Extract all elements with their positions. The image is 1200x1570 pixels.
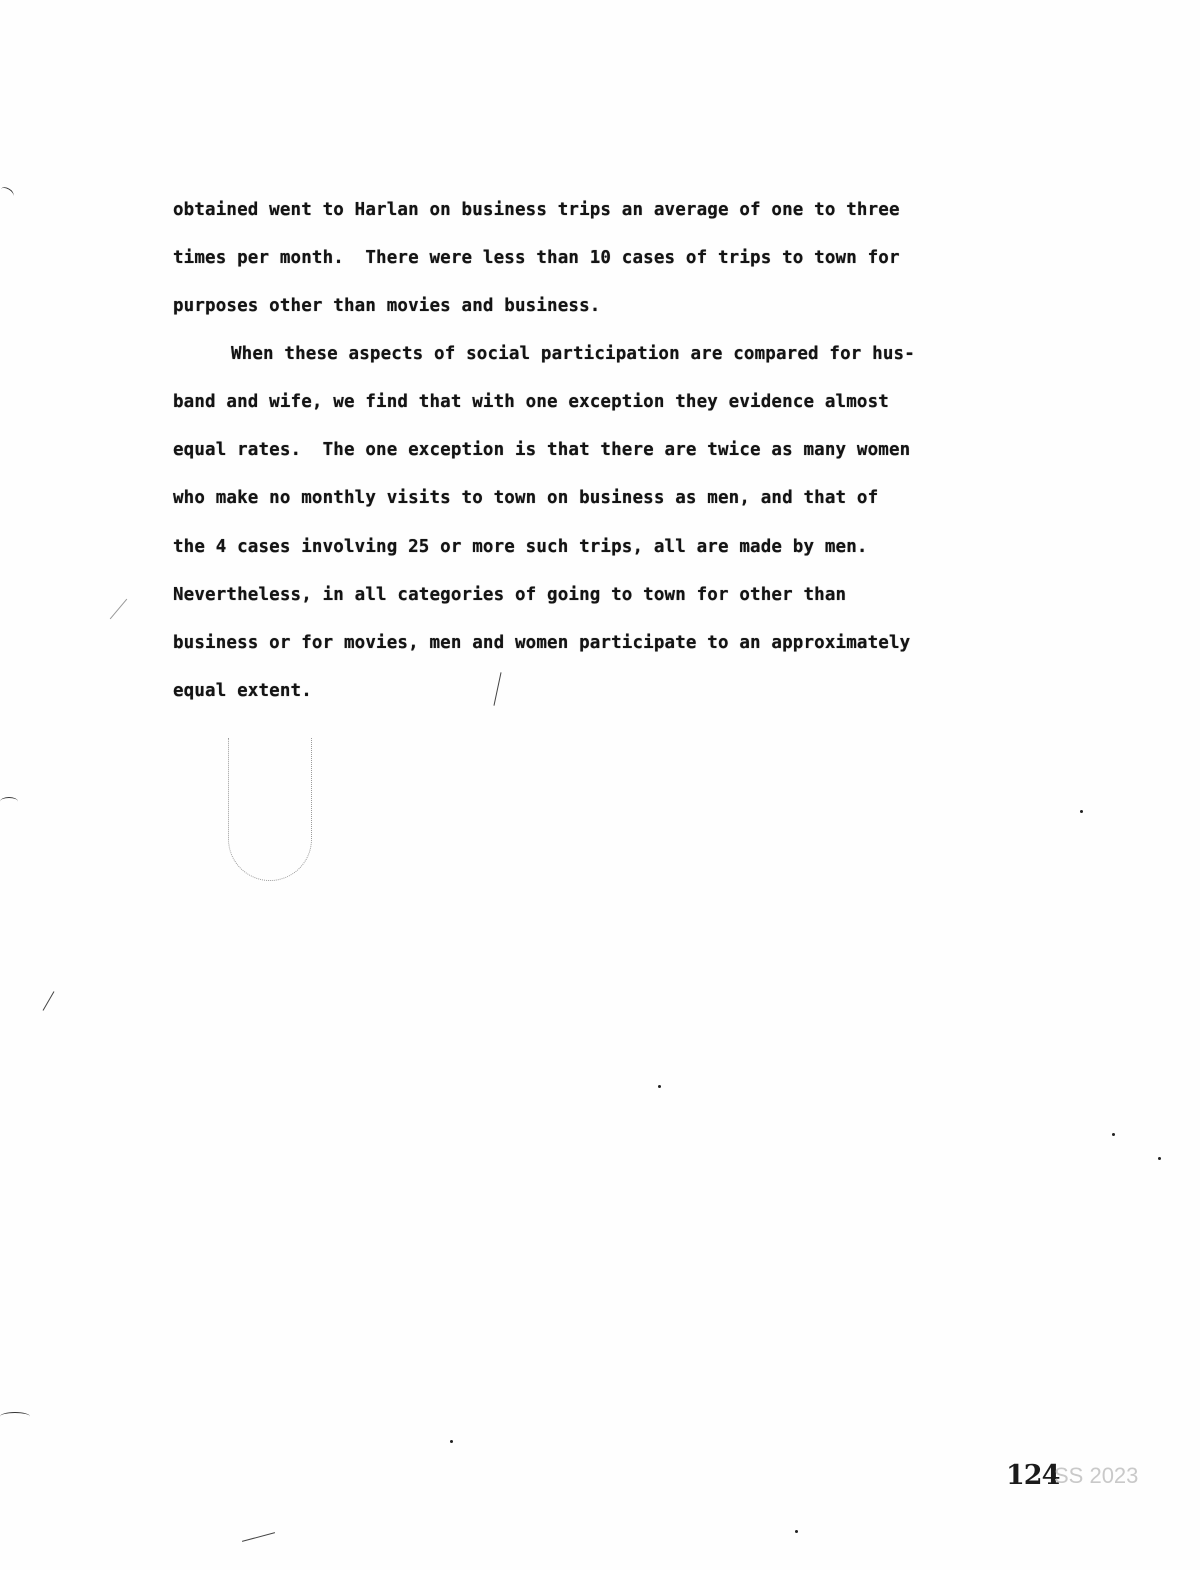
document-page: obtained went to Harlan on business trip… [0, 0, 1200, 1570]
speck [450, 1440, 453, 1443]
speck [1112, 1133, 1115, 1136]
binding-hole-mark [0, 1412, 30, 1421]
pencil-stroke [242, 1532, 275, 1542]
text-line: obtained went to Harlan on business trip… [173, 198, 900, 222]
text-line: equal rates. The one exception is that t… [173, 438, 910, 462]
pencil-stroke [493, 672, 501, 705]
text-line: purposes other than movies and business. [173, 294, 600, 318]
pencil-stroke [43, 991, 55, 1011]
text-line: Nevertheless, in all categories of going… [173, 583, 846, 607]
speck [795, 1530, 798, 1533]
page-number: 124 [1006, 1460, 1059, 1491]
text-line: who make no monthly visits to town on bu… [173, 486, 878, 510]
text-line: times per month. There were less than 10… [173, 246, 900, 270]
speck [1158, 1157, 1161, 1160]
text-line: When these aspects of social participati… [231, 342, 915, 366]
speck [658, 1085, 661, 1088]
paperclip-mark [228, 738, 312, 881]
text-line: the 4 cases involving 25 or more such tr… [173, 535, 868, 559]
speck [1080, 810, 1083, 813]
pencil-stroke [110, 599, 127, 620]
watermark: SS 2023 [1054, 1463, 1138, 1489]
binding-hole-mark [0, 185, 15, 200]
text-line: equal extent. [173, 679, 312, 703]
text-line: business or for movies, men and women pa… [173, 631, 910, 655]
binding-hole-mark [0, 797, 18, 806]
text-line: band and wife, we find that with one exc… [173, 390, 889, 414]
